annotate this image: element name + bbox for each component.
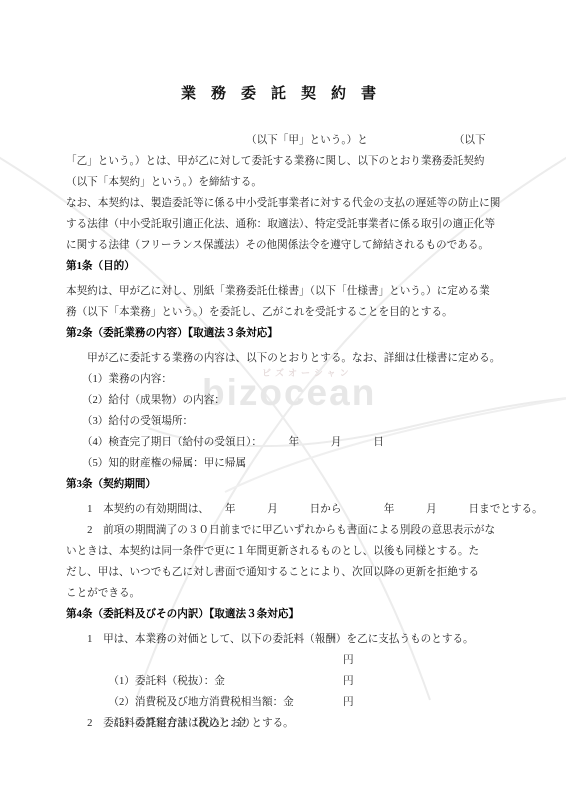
article-2-line: （3）給付の受領場所： [66,411,506,432]
fee-row: （3）委託料合計（税込）：金 円 [66,692,506,713]
article-2-line: （5）知的財産権の帰属：甲に帰属 [66,453,506,474]
article-2-line: （2）給付（成果物）の内容： [66,390,506,411]
article-3-line: ことができる。 [66,583,506,604]
note-line: なお、本契約は、製造委託等に係る中小受託事業者に対する代金の支払の遅延等の防止に… [66,193,506,214]
article-2-line: （4）検査完了期日（給付の受領日）： 年 月 日 [66,432,506,453]
fee-table: （1）委託料（税抜）：金 円 （2）消費税及び地方消費税相当額：金 円 （3）委… [66,650,506,713]
article-1-section: 第1条（目的） 本契約は、甲が乙に対し、別紙「業務委託仕様書」（以下「仕様書」と… [66,256,506,323]
article-2-line: （1）業務の内容： [66,369,506,390]
article-4-heading: 第4条（委託料及びその内訳）【取適法３条対応】 [66,604,506,625]
note-line: に関する法律（フリーランス保護法）その他関係法令を遵守して締結されるものである。 [66,235,506,256]
document-title: 業務委託契約書 [66,82,506,106]
article-3-line: いときは、本契約は同一条件で更に１年間更新されるものとし、以後も同様とする。た [66,541,506,562]
article-2-body: 甲が乙に委託する業務の内容は、以下のとおりとする。なお、詳細は仕様書に定める。 … [66,348,506,474]
article-2-section: 第2条（委託業務の内容）【取適法３条対応】 甲が乙に委託する業務の内容は、以下の… [66,323,506,474]
article-4-section: 第4条（委託料及びその内訳）【取適法３条対応】 1 甲は、本業務の対価として、以… [66,604,506,734]
article-2-heading: 第2条（委託業務の内容）【取適法３条対応】 [66,323,506,344]
fee-row: （2）消費税及び地方消費税相当額：金 円 [66,671,506,692]
party-b-designation-start: （以下 [454,135,486,146]
preamble-line: （以下「本契約」という。）を締結する。 [66,172,506,193]
article-2-line: 甲が乙に委託する業務の内容は、以下のとおりとする。なお、詳細は仕様書に定める。 [66,348,506,369]
article-3-body: 1 本契約の有効期間は、 年 月 日から 年 月 日までとする。 2 前項の期間… [66,499,506,604]
document-content: 業務委託契約書 （以下「甲」という。）と（以下 「乙」という。）とは、甲が乙に対… [0,0,566,734]
article-1-heading: 第1条（目的） [66,256,506,277]
fee-unit-yen: 円 [343,650,354,671]
fee-label: （3）委託料合計（税込）：金 [92,718,246,729]
fee-unit-yen: 円 [343,671,354,692]
preamble-line-with-blanks: （以下「甲」という。）と（以下 [66,130,506,151]
article-4-line: 1 甲は、本業務の対価として、以下の委託料（報酬）を乙に支払うものとする。 [66,629,506,650]
article-3-heading: 第3条（契約期間） [66,474,506,495]
article-3-section: 第3条（契約期間） 1 本契約の有効期間は、 年 月 日から 年 月 日までとす… [66,474,506,604]
preamble-line: 「乙」という。）とは、甲が乙に対して委託する業務に関し、以下のとおり業務委託契約 [66,151,506,172]
preamble-paragraph: 「乙」という。）とは、甲が乙に対して委託する業務に関し、以下のとおり業務委託契約… [66,151,506,193]
contract-page: ビズオーシャン bizocean 業務委託契約書 （以下「甲」という。）と（以下… [0,0,566,800]
compliance-note-paragraph: なお、本契約は、製造委託等に係る中小受託事業者に対する代金の支払の遅延等の防止に… [66,193,506,256]
article-1-body: 本契約は、甲が乙に対し、別紙「業務委託仕様書」（以下「仕様書」という。）に定める… [66,281,506,323]
article-4-intro: 1 甲は、本業務の対価として、以下の委託料（報酬）を乙に支払うものとする。 [66,629,506,650]
article-3-line: 1 本契約の有効期間は、 年 月 日から 年 月 日までとする。 [66,499,506,520]
note-line: する法律（中小受託取引適正化法、通称：取適法）、特定受託事業者に係る取引の適正化… [66,214,506,235]
fee-unit-yen: 円 [343,692,354,713]
fee-row: （1）委託料（税抜）：金 円 [66,650,506,671]
article-3-line: だし、甲は、いつでも乙に対し書面で通知することにより、次回以降の更新を拒絶する [66,562,506,583]
article-1-line: 務（以下「本業務」という。）を委託し、乙がこれを受託することを目的とする。 [66,302,506,323]
article-3-line: 2 前項の期間満了の３０日前までに甲乙いずれからも書面による別段の意思表示がな [66,520,506,541]
party-a-designation: （以下「甲」という。）と [246,135,368,146]
article-1-line: 本契約は、甲が乙に対し、別紙「業務委託仕様書」（以下「仕様書」という。）に定める… [66,281,506,302]
